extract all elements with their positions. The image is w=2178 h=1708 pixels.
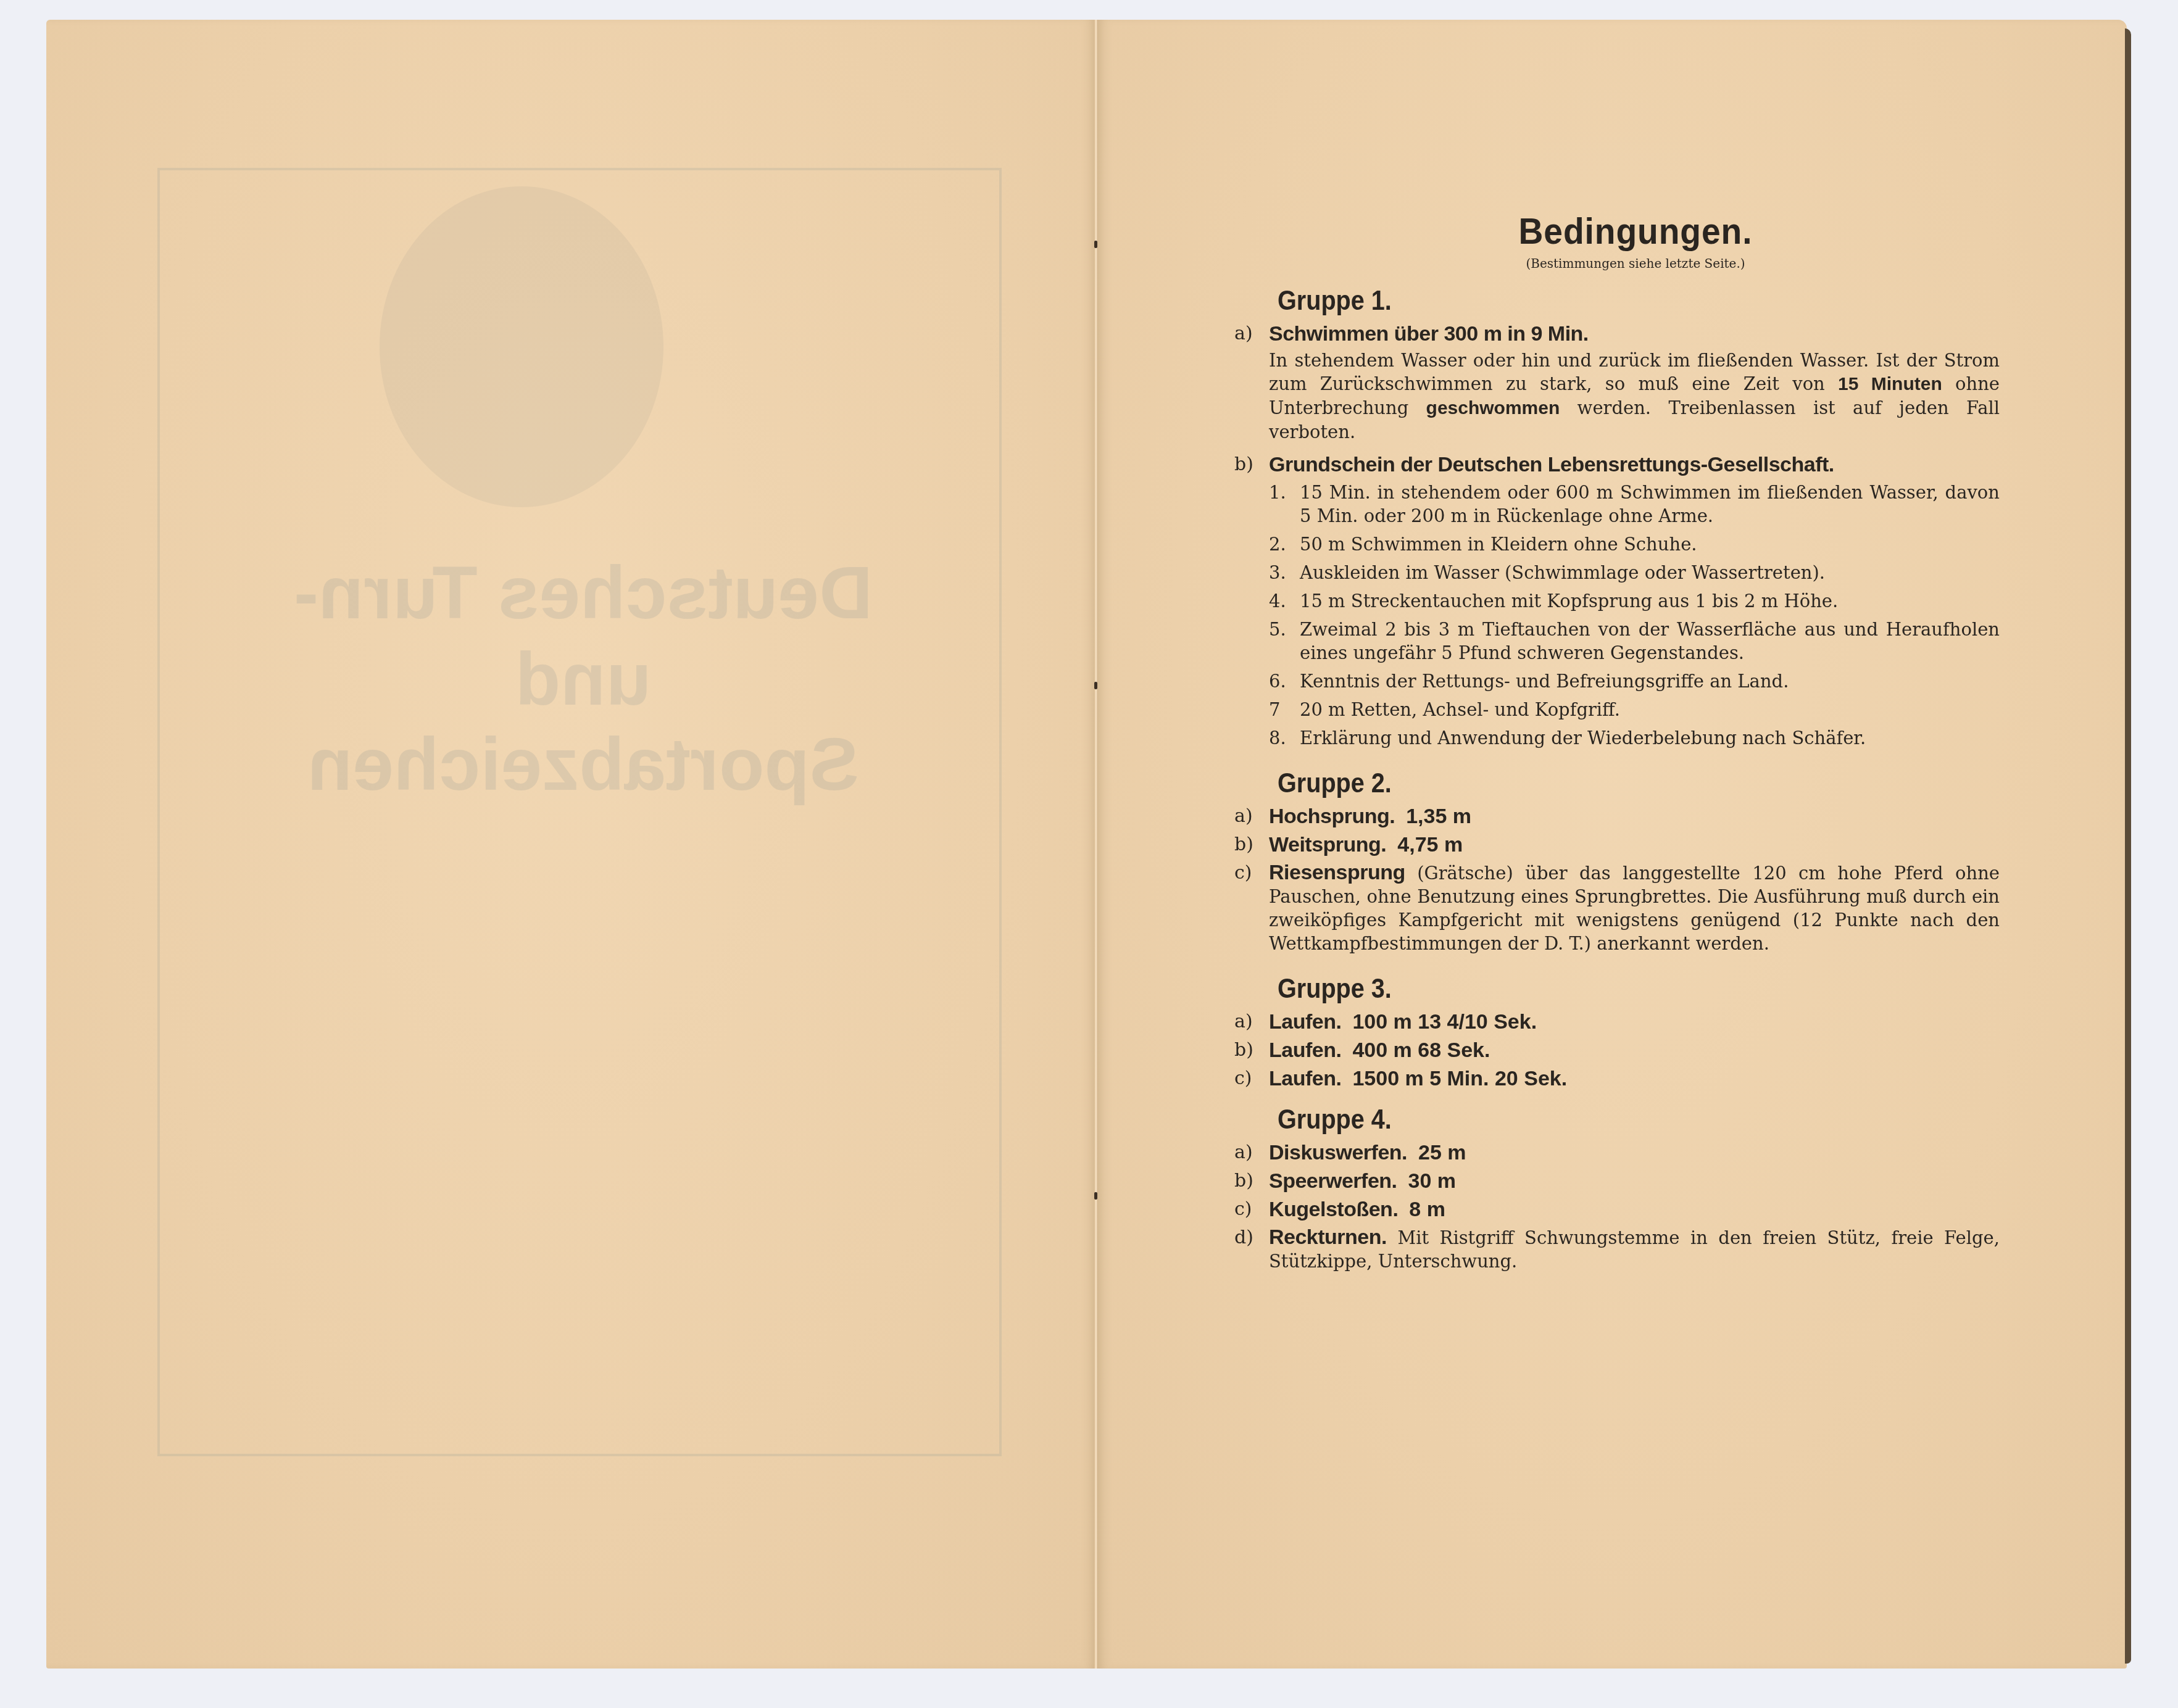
requirement-item: c)Kugelstoßen.8 m bbox=[1234, 1197, 2000, 1222]
item-line: Kugelstoßen.8 m bbox=[1269, 1197, 2000, 1222]
item-description: In stehendem Wasser oder hin und zurück … bbox=[1269, 349, 2000, 444]
item-value: 8 m bbox=[1409, 1198, 1445, 1221]
item-marker: d) bbox=[1234, 1225, 1269, 1278]
item-label: Grundschein der Deutschen Lebensrettungs… bbox=[1269, 453, 1834, 476]
requirement-item: b)Grundschein der Deutschen Lebensrettun… bbox=[1234, 452, 2000, 755]
item-value: 400 m 68 Sek. bbox=[1352, 1038, 1490, 1062]
sub-requirement: 5.Zweimal 2 bis 3 m Tieftauchen von der … bbox=[1269, 618, 2000, 665]
item-body: Grundschein der Deutschen Lebensrettungs… bbox=[1269, 452, 2000, 755]
requirement-item: a)Schwimmen über 300 m in 9 Min.In stehe… bbox=[1234, 321, 2000, 449]
requirement-item: c)Riesensprung (Grätsche) über das langg… bbox=[1234, 861, 2000, 960]
item-label: Laufen. bbox=[1269, 1010, 1341, 1034]
sub-requirement: 2.50 m Schwimmen in Kleidern ohne Schuhe… bbox=[1269, 533, 2000, 556]
item-label: Laufen. bbox=[1269, 1067, 1341, 1090]
item-line: Laufen.1500 m 5 Min. 20 Sek. bbox=[1269, 1066, 2000, 1091]
page-subtitle: (Bestimmungen siehe letzte Seite.) bbox=[1271, 256, 2000, 271]
sub-number: 5. bbox=[1269, 618, 1300, 665]
item-marker: b) bbox=[1234, 452, 1269, 755]
group-2: Gruppe 2.a)Hochsprung.1,35 mb)Weitsprung… bbox=[1234, 768, 2000, 960]
sub-text: 50 m Schwimmen in Kleidern ohne Schuhe. bbox=[1300, 533, 2000, 556]
sub-text: Kenntnis der Rettungs- und Befreiungsgri… bbox=[1300, 670, 2000, 693]
item-line: Hochsprung.1,35 m bbox=[1269, 804, 2000, 829]
requirement-item: b)Speerwerfen.30 m bbox=[1234, 1169, 2000, 1193]
item-label: Laufen. bbox=[1269, 1038, 1341, 1062]
sub-text: Zweimal 2 bis 3 m Tieftauchen von der Wa… bbox=[1300, 618, 2000, 665]
sub-number: 4. bbox=[1269, 589, 1300, 613]
item-body: Schwimmen über 300 m in 9 Min.In stehend… bbox=[1269, 321, 2000, 449]
item-value: 100 m 13 4/10 Sek. bbox=[1352, 1010, 1537, 1034]
item-value: 25 m bbox=[1418, 1141, 1466, 1164]
item-body: Reckturnen. Mit Ristgriff Schwungstemme … bbox=[1269, 1225, 2000, 1278]
sub-number: 6. bbox=[1269, 670, 1300, 693]
item-marker: c) bbox=[1234, 861, 1269, 960]
requirement-item: a)Laufen.100 m 13 4/10 Sek. bbox=[1234, 1009, 2000, 1034]
group-3: Gruppe 3.a)Laufen.100 m 13 4/10 Sek.b)La… bbox=[1234, 974, 2000, 1091]
item-line: Riesensprung (Grätsche) über das langges… bbox=[1269, 861, 2000, 955]
item-body: Hochsprung.1,35 m bbox=[1269, 804, 2000, 829]
sub-requirement: 3.Auskleiden im Wasser (Schwimmlage oder… bbox=[1269, 561, 2000, 584]
cover-edge bbox=[2125, 28, 2131, 1664]
requirement-item: b)Laufen.400 m 68 Sek. bbox=[1234, 1038, 2000, 1063]
sub-requirement-list: 1.15 Min. in stehendem oder 600 m Schwim… bbox=[1269, 481, 2000, 750]
sub-text: Auskleiden im Wasser (Schwimmlage oder W… bbox=[1300, 561, 2000, 584]
groups-container: Gruppe 1.a)Schwimmen über 300 m in 9 Min… bbox=[1234, 286, 2000, 1278]
sub-text: 15 m Streckentauchen mit Kopfsprung aus … bbox=[1300, 589, 2000, 613]
item-line: Reckturnen. Mit Ristgriff Schwungstemme … bbox=[1269, 1225, 2000, 1273]
item-marker: a) bbox=[1234, 321, 1269, 449]
group-heading: Gruppe 4. bbox=[1278, 1105, 1927, 1135]
sub-requirement: 1.15 Min. in stehendem oder 600 m Schwim… bbox=[1269, 481, 2000, 528]
requirement-item: a)Hochsprung.1,35 m bbox=[1234, 804, 2000, 829]
item-line: Laufen.400 m 68 Sek. bbox=[1269, 1038, 2000, 1063]
emphasis: 15 Minuten bbox=[1838, 374, 1942, 394]
item-marker: b) bbox=[1234, 1038, 1269, 1063]
sub-number: 3. bbox=[1269, 561, 1300, 584]
sub-requirement: 4.15 m Streckentauchen mit Kopfsprung au… bbox=[1269, 589, 2000, 613]
item-body: Weitsprung.4,75 m bbox=[1269, 832, 2000, 857]
requirement-item: d)Reckturnen. Mit Ristgriff Schwungstemm… bbox=[1234, 1225, 2000, 1278]
item-label: Weitsprung. bbox=[1269, 833, 1386, 856]
item-label: Hochsprung. bbox=[1269, 805, 1395, 828]
sub-text: 15 Min. in stehendem oder 600 m Schwimme… bbox=[1300, 481, 2000, 528]
item-marker: a) bbox=[1234, 1009, 1269, 1034]
sub-text: 20 m Retten, Achsel- und Kopfgriff. bbox=[1300, 698, 2000, 721]
sub-requirement: 6.Kenntnis der Rettungs- und Befreiungsg… bbox=[1269, 670, 2000, 693]
sub-number: 7 bbox=[1269, 698, 1300, 721]
requirement-item: c)Laufen.1500 m 5 Min. 20 Sek. bbox=[1234, 1066, 2000, 1091]
bleed-through-line-2: und Sportabzeichen bbox=[231, 637, 935, 807]
sub-number: 8. bbox=[1269, 726, 1300, 750]
item-value: 4,75 m bbox=[1397, 833, 1463, 856]
item-value: 1,35 m bbox=[1406, 805, 1471, 828]
group-heading: Gruppe 3. bbox=[1278, 974, 1927, 1005]
emphasis: geschwommen bbox=[1426, 398, 1560, 418]
sub-number: 1. bbox=[1269, 481, 1300, 528]
item-marker: a) bbox=[1234, 804, 1269, 829]
item-body: Laufen.400 m 68 Sek. bbox=[1269, 1038, 2000, 1063]
item-marker: b) bbox=[1234, 1169, 1269, 1193]
item-line: Diskuswerfen.25 m bbox=[1269, 1140, 2000, 1165]
item-value: 30 m bbox=[1408, 1169, 1457, 1193]
item-label: Schwimmen über 300 m in 9 Min. bbox=[1269, 322, 1589, 346]
item-body: Riesensprung (Grätsche) über das langges… bbox=[1269, 861, 2000, 960]
item-line: Speerwerfen.30 m bbox=[1269, 1169, 2000, 1193]
item-body: Laufen.100 m 13 4/10 Sek. bbox=[1269, 1009, 2000, 1034]
item-marker: a) bbox=[1234, 1140, 1269, 1165]
item-marker: c) bbox=[1234, 1197, 1269, 1222]
bleed-through-line-1: Deutsches Turn- bbox=[231, 550, 935, 636]
item-label: Speerwerfen. bbox=[1269, 1169, 1397, 1193]
item-marker: c) bbox=[1234, 1066, 1269, 1091]
item-value: 1500 m 5 Min. 20 Sek. bbox=[1352, 1067, 1567, 1090]
item-label: Riesensprung bbox=[1269, 861, 1405, 884]
conditions-page-content: Bedingungen. (Bestimmungen siehe letzte … bbox=[1234, 185, 2000, 1282]
item-line: Laufen.100 m 13 4/10 Sek. bbox=[1269, 1009, 2000, 1034]
sub-requirement: 8.Erklärung und Anwendung der Wiederbele… bbox=[1269, 726, 2000, 750]
item-label: Kugelstoßen. bbox=[1269, 1198, 1398, 1221]
item-line: Schwimmen über 300 m in 9 Min. bbox=[1269, 321, 2000, 346]
sub-requirement: 720 m Retten, Achsel- und Kopfgriff. bbox=[1269, 698, 2000, 721]
sub-number: 2. bbox=[1269, 533, 1300, 556]
group-1: Gruppe 1.a)Schwimmen über 300 m in 9 Min… bbox=[1234, 286, 2000, 755]
item-label: Diskuswerfen. bbox=[1269, 1141, 1407, 1164]
group-heading: Gruppe 1. bbox=[1278, 286, 1927, 317]
item-body: Diskuswerfen.25 m bbox=[1269, 1140, 2000, 1165]
group-heading: Gruppe 2. bbox=[1278, 768, 1927, 799]
sub-text: Erklärung und Anwendung der Wiederbelebu… bbox=[1300, 726, 2000, 750]
item-body: Speerwerfen.30 m bbox=[1269, 1169, 2000, 1193]
item-label: Reckturnen. bbox=[1269, 1225, 1387, 1249]
item-body: Laufen.1500 m 5 Min. 20 Sek. bbox=[1269, 1066, 2000, 1091]
item-marker: b) bbox=[1234, 832, 1269, 857]
item-line: Grundschein der Deutschen Lebensrettungs… bbox=[1269, 452, 2000, 477]
requirement-item: b)Weitsprung.4,75 m bbox=[1234, 832, 2000, 857]
left-page: Deutsches Turn- und Sportabzeichen bbox=[46, 20, 1095, 1669]
requirement-item: a)Diskuswerfen.25 m bbox=[1234, 1140, 2000, 1165]
item-body: Kugelstoßen.8 m bbox=[1269, 1197, 2000, 1222]
bleed-through-emblem bbox=[380, 186, 663, 507]
group-4: Gruppe 4.a)Diskuswerfen.25 mb)Speerwerfe… bbox=[1234, 1105, 2000, 1278]
page-title: Bedingungen. bbox=[1300, 210, 1971, 252]
item-line: Weitsprung.4,75 m bbox=[1269, 832, 2000, 857]
